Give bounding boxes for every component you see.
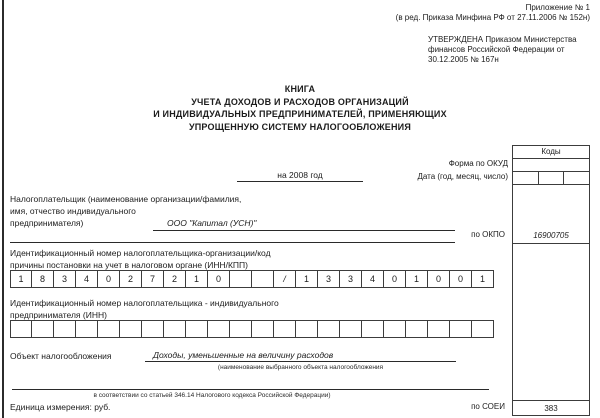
digit-cell <box>472 320 494 338</box>
digit-cell <box>252 320 274 338</box>
digit-cell: 3 <box>318 270 340 288</box>
tax-object-extra-line <box>12 389 489 390</box>
date-year-cell <box>513 172 539 184</box>
page-left-border <box>2 0 4 418</box>
taxpayer-name-extra-line <box>10 242 455 243</box>
digit-cell: 4 <box>76 270 98 288</box>
digit-cell <box>32 320 54 338</box>
document-page: Приложение № 1 (в ред. Приказа Минфина Р… <box>0 0 600 418</box>
digit-cell <box>98 320 120 338</box>
digit-cell <box>384 320 406 338</box>
appendix-edition-note: (в ред. Приказа Минфина РФ от 27.11.2006… <box>396 13 590 22</box>
codes-header: Коды <box>513 146 589 159</box>
document-title: КНИГА УЧЕТА ДОХОДОВ И РАСХОДОВ ОРГАНИЗАЦ… <box>0 83 600 133</box>
digit-cell: 2 <box>164 270 186 288</box>
taxpayer-name-value: ООО "Капитал (УСН)" <box>153 217 455 231</box>
tax-object-note-line-1: (наименование выбранного объекта налогоо… <box>145 364 456 371</box>
digit-cell: 8 <box>32 270 54 288</box>
digit-cell <box>252 270 274 288</box>
digit-cell <box>428 320 450 338</box>
unit-of-measure-label: Единица измерения: руб. <box>10 402 110 412</box>
tax-object-note-line-2: в соответствии со статьей 346.14 Налогов… <box>12 392 412 399</box>
digit-cell <box>274 320 296 338</box>
digit-cell <box>318 320 340 338</box>
period-field: на 2008 год <box>237 169 363 182</box>
digit-cell: 0 <box>450 270 472 288</box>
digit-cell: 4 <box>362 270 384 288</box>
taxpayer-label-line-2: имя, отчество индивидуального <box>10 205 455 217</box>
approval-line-1: УТВЕРЖДЕНА Приказом Министерства <box>428 35 577 45</box>
okpo-label: по ОКПО <box>471 230 505 239</box>
codes-spacer <box>513 185 589 229</box>
digit-cell: 1 <box>472 270 494 288</box>
digit-cell: 7 <box>142 270 164 288</box>
digit-cell <box>296 320 318 338</box>
title-line-3: И ИНДИВИДУАЛЬНЫХ ПРЕДПРИНИМАТЕЛЕЙ, ПРИМЕ… <box>0 108 600 121</box>
tax-object-label: Объект налогообложения <box>10 351 112 361</box>
tax-object-value: Доходы, уменьшенные на величину расходов <box>145 349 456 362</box>
digit-cell <box>120 320 142 338</box>
digit-cell <box>230 320 252 338</box>
digit-cell: 0 <box>384 270 406 288</box>
digit-cell: 1 <box>186 270 208 288</box>
digit-cell: 0 <box>98 270 120 288</box>
inn-ip-label-line-1: Идентификационный номер налогоплательщик… <box>10 297 279 309</box>
title-line-2: УЧЕТА ДОХОДОВ И РАСХОДОВ ОРГАНИЗАЦИЙ <box>0 96 600 109</box>
inn-kpp-section: Идентификационный номер налогоплательщик… <box>10 247 271 271</box>
date-value-cells <box>513 172 589 185</box>
title-line-1: КНИГА <box>0 83 600 96</box>
date-label: Дата (год, месяц, число) <box>417 172 508 181</box>
soei-label: по СОЕИ <box>471 402 505 411</box>
inn-ip-section: Идентификационный номер налогоплательщик… <box>10 297 279 321</box>
digit-cell: 3 <box>54 270 76 288</box>
digit-cell <box>362 320 384 338</box>
inn-ip-cells <box>10 320 494 338</box>
digit-cell: 1 <box>406 270 428 288</box>
digit-cell: 3 <box>340 270 362 288</box>
inn-kpp-label-line-1: Идентификационный номер налогоплательщик… <box>10 247 271 259</box>
digit-cell: 0 <box>208 270 230 288</box>
digit-cell: 1 <box>296 270 318 288</box>
digit-cell <box>164 320 186 338</box>
digit-cell: 1 <box>10 270 32 288</box>
digit-cell <box>450 320 472 338</box>
digit-cell <box>186 320 208 338</box>
approval-line-2: финансов Российской Федерации от <box>428 45 577 55</box>
codes-spacer <box>513 244 589 400</box>
okud-label: Форма по ОКУД <box>449 159 508 168</box>
digit-cell <box>54 320 76 338</box>
digit-cell <box>406 320 428 338</box>
digit-cell <box>76 320 98 338</box>
date-month-cell <box>539 172 565 184</box>
digit-cell: / <box>274 270 296 288</box>
title-line-4: УПРОЩЕННУЮ СИСТЕМУ НАЛОГООБЛОЖЕНИЯ <box>0 121 600 134</box>
approval-note: УТВЕРЖДЕНА Приказом Министерства финансо… <box>428 35 577 65</box>
digit-cell <box>340 320 362 338</box>
okud-value-cell <box>513 159 589 172</box>
digit-cell: 2 <box>120 270 142 288</box>
okpo-value-cell: 16900705 <box>513 229 589 244</box>
approval-line-3: 30.12.2005 № 167н <box>428 55 577 65</box>
digit-cell <box>208 320 230 338</box>
inn-kpp-cells: 1834027210/133401001 <box>10 270 494 288</box>
digit-cell <box>10 320 32 338</box>
soei-value-cell: 383 <box>513 400 589 417</box>
date-day-cell <box>564 172 589 184</box>
codes-box: Коды 16900705 383 <box>512 145 590 416</box>
digit-cell <box>142 320 164 338</box>
digit-cell <box>230 270 252 288</box>
digit-cell: 0 <box>428 270 450 288</box>
appendix-number: Приложение № 1 <box>526 3 590 12</box>
taxpayer-label-line-1: Налогоплательщик (наименование организац… <box>10 193 455 205</box>
